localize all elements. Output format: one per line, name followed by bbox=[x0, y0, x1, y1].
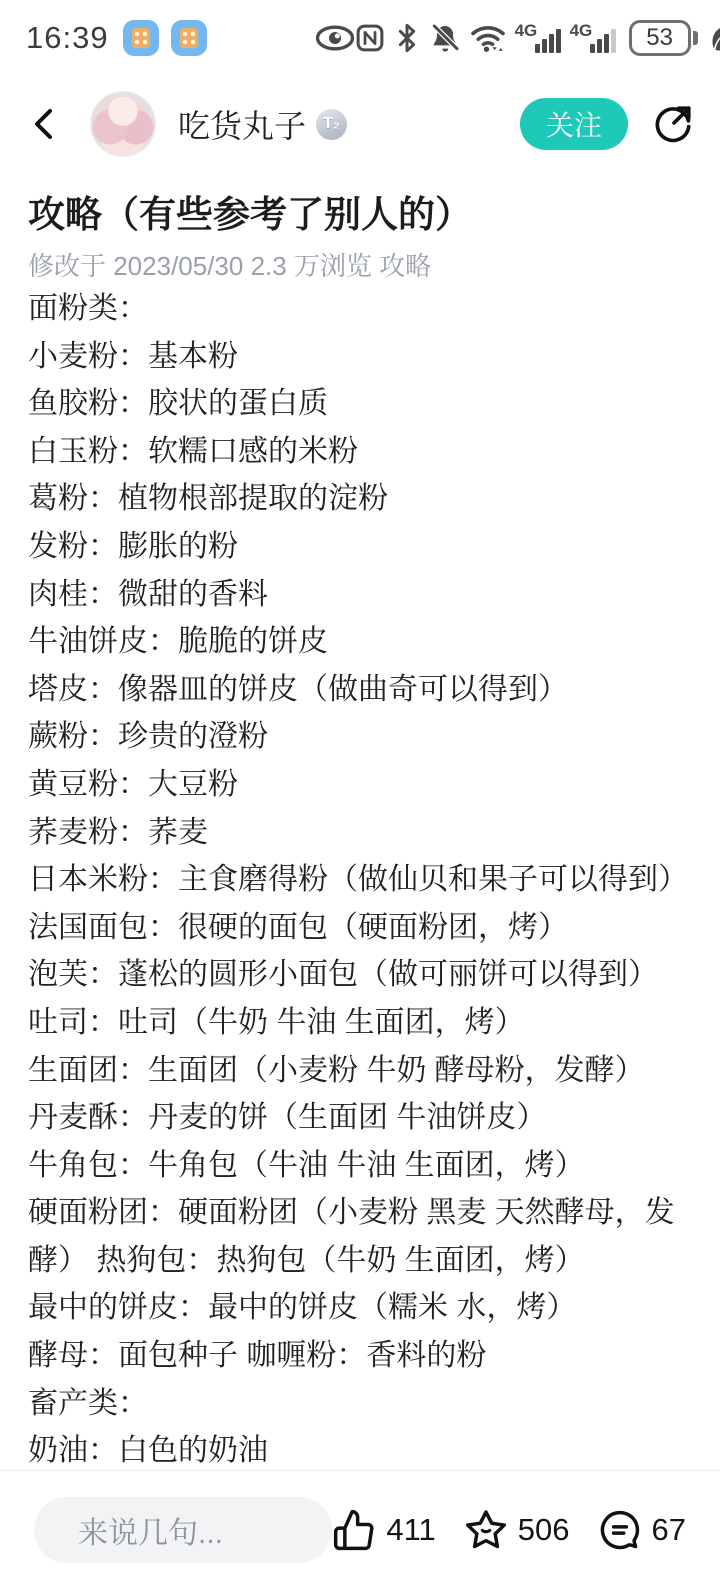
article-line: 肉桂：微甜的香料 bbox=[28, 571, 692, 619]
like-action[interactable]: 411 bbox=[332, 1508, 435, 1552]
mute-icon bbox=[429, 22, 461, 54]
comment-action[interactable]: 67 bbox=[598, 1508, 686, 1552]
star-icon bbox=[464, 1508, 508, 1552]
status-right-icons: 4G 4G 53 bbox=[355, 20, 720, 56]
app-notification-icon bbox=[171, 20, 207, 56]
article-meta: 修改于 2023/05/30 2.3 万浏览 攻略 bbox=[28, 249, 692, 283]
article-line: 生面团：生面团（小麦粉 牛奶 酵母粉，发酵） bbox=[28, 1047, 692, 1095]
app-notification-icon bbox=[123, 20, 159, 56]
like-count: 411 bbox=[386, 1512, 435, 1548]
article-line: 塔皮：像器皿的饼皮（做曲奇可以得到） bbox=[28, 666, 692, 714]
bluetooth-icon bbox=[394, 22, 420, 54]
signal-4g-icon: 4G bbox=[515, 20, 561, 56]
article-body: 面粉类：小麦粉：基本粉鱼胶粉：胶状的蛋白质白玉粉：软糯口感的米粉葛粉：植物根部提… bbox=[28, 285, 692, 1475]
eye-protection-icon bbox=[315, 23, 355, 53]
article-line: 丹麦酥：丹麦的饼（生面团 牛油饼皮） bbox=[28, 1094, 692, 1142]
battery-percent: 53 bbox=[629, 20, 691, 56]
comment-input[interactable]: 来说几句... bbox=[34, 1497, 332, 1563]
article-line: 牛油饼皮：脆脆的饼皮 bbox=[28, 618, 692, 666]
thumbs-up-icon bbox=[332, 1508, 376, 1552]
comment-count: 67 bbox=[652, 1512, 686, 1548]
article-line: 小麦粉：基本粉 bbox=[28, 333, 692, 381]
article-line: 面粉类： bbox=[28, 285, 692, 333]
nav-bar: 吃货丸子 T₂ 关注 bbox=[0, 76, 720, 172]
article-line: 奶油：白色的奶油 bbox=[28, 1427, 692, 1475]
battery-icon: 53 bbox=[629, 20, 698, 56]
signal-4g-icon: 4G bbox=[570, 20, 616, 56]
back-icon[interactable] bbox=[26, 106, 62, 142]
comment-bubble-icon bbox=[598, 1508, 642, 1552]
article-line: 牛角包：牛角包（牛油 牛油 生面团，烤） bbox=[28, 1142, 692, 1190]
username[interactable]: 吃货丸子 bbox=[178, 101, 306, 147]
level-badge: T₂ bbox=[316, 109, 347, 140]
action-bar: 411 506 67 bbox=[332, 1508, 686, 1552]
bottom-bar: 来说几句... 411 506 bbox=[0, 1470, 720, 1588]
article-line: 发粉：膨胀的粉 bbox=[28, 523, 692, 571]
notification-app-icons bbox=[123, 20, 207, 56]
article-line: 泡芙：蓬松的圆形小面包（做可丽饼可以得到） bbox=[28, 951, 692, 999]
article-line: 白玉粉：软糯口感的米粉 bbox=[28, 428, 692, 476]
article-line: 法国面包：很硬的面包（硬面粉团，烤） bbox=[28, 904, 692, 952]
avatar[interactable] bbox=[90, 91, 156, 157]
comment-placeholder: 来说几句... bbox=[78, 1508, 223, 1552]
article-line: 最中的饼皮：最中的饼皮（糯米 水，烤） bbox=[28, 1284, 692, 1332]
clock-text: 16:39 bbox=[26, 20, 109, 56]
favorite-count: 506 bbox=[518, 1512, 570, 1548]
status-bar: 16:39 bbox=[0, 0, 720, 76]
article-line: 葛粉：植物根部提取的淀粉 bbox=[28, 475, 692, 523]
page-title: 攻略（有些参考了别人的） bbox=[28, 190, 692, 240]
article-line: 黄豆粉：大豆粉 bbox=[28, 761, 692, 809]
app-screen: 16:39 bbox=[0, 0, 720, 1588]
article-content: 攻略（有些参考了别人的） 修改于 2023/05/30 2.3 万浏览 攻略 面… bbox=[0, 190, 720, 1475]
article-line: 荞麦粉：荞麦 bbox=[28, 809, 692, 857]
nfc-icon bbox=[355, 23, 385, 53]
article-line: 蕨粉：珍贵的澄粉 bbox=[28, 713, 692, 761]
power-save-leaf-icon bbox=[707, 23, 720, 53]
wifi-icon bbox=[470, 22, 506, 54]
follow-button[interactable]: 关注 bbox=[520, 98, 628, 150]
share-icon[interactable] bbox=[652, 103, 694, 145]
article-line: 畜产类： bbox=[28, 1380, 692, 1428]
article-line: 日本米粉：主食磨得粉（做仙贝和果子可以得到） bbox=[28, 856, 692, 904]
article-line: 硬面粉团：硬面粉团（小麦粉 黑麦 天然酵母，发 bbox=[28, 1189, 692, 1237]
favorite-action[interactable]: 506 bbox=[464, 1508, 570, 1552]
article-line: 酵母：面包种子 咖喱粉：香料的粉 bbox=[28, 1332, 692, 1380]
article-line: 酵） 热狗包：热狗包（牛奶 生面团，烤） bbox=[28, 1237, 692, 1285]
article-line: 鱼胶粉：胶状的蛋白质 bbox=[28, 380, 692, 428]
article-line: 吐司：吐司（牛奶 牛油 生面团，烤） bbox=[28, 999, 692, 1047]
